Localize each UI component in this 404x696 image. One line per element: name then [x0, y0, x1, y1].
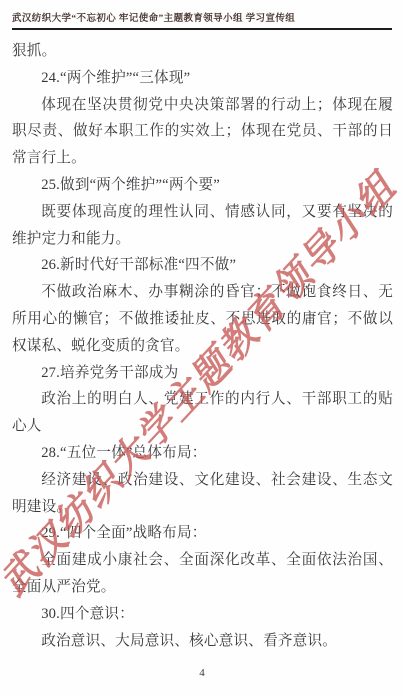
- paragraph: 狠抓。: [12, 38, 393, 65]
- paragraph: 29.“四个全面”战略布局：: [12, 520, 393, 547]
- page-number: 4: [0, 667, 404, 679]
- paragraph: 26.新时代好干部标准“四不做”: [12, 252, 393, 279]
- paragraph: 25.做到“两个维护”“两个要”: [12, 172, 393, 199]
- paragraph: 27.培养党务干部成为: [12, 360, 393, 387]
- paragraph: 全面建成小康社会、全面深化改革、全面依法治国、全面从严治党。: [12, 547, 393, 601]
- paragraph: 政治意识、大局意识、核心意识、看齐意识。: [12, 628, 393, 655]
- paragraph: 不做政治麻木、办事糊涂的昏官；不做饱食终日、无所用心的懒官；不做推诿扯皮、不思进…: [12, 279, 393, 359]
- paragraph: 政治上的明白人、党建工作的内行人、干部职工的贴心人: [12, 386, 393, 440]
- paragraph: 体现在坚决贯彻党中央决策部署的行动上；体现在履职尽责、做好本职工作的实效上；体现…: [12, 92, 393, 172]
- document-body: 狠抓。24.“两个维护”“三体现”体现在坚决贯彻党中央决策部署的行动上；体现在履…: [12, 38, 393, 654]
- paragraph: 既要体现高度的理性认同、情感认同，又要有坚决的维护定力和能力。: [12, 199, 393, 253]
- paragraph: 30.四个意识：: [12, 601, 393, 628]
- paragraph: 经济建设、政治建设、文化建设、社会建设、生态文明建设。: [12, 467, 393, 521]
- page-header-title: 武汉纺织大学“不忘初心 牢记使命”主题教育领导小组 学习宣传组: [12, 10, 392, 30]
- paragraph: 24.“两个维护”“三体现”: [12, 65, 393, 92]
- document-page: 武汉纺织大学“不忘初心 牢记使命”主题教育领导小组 学习宣传组 狠抓。24.“两…: [0, 0, 404, 696]
- paragraph: 28.“五位一体”总体布局：: [12, 440, 393, 467]
